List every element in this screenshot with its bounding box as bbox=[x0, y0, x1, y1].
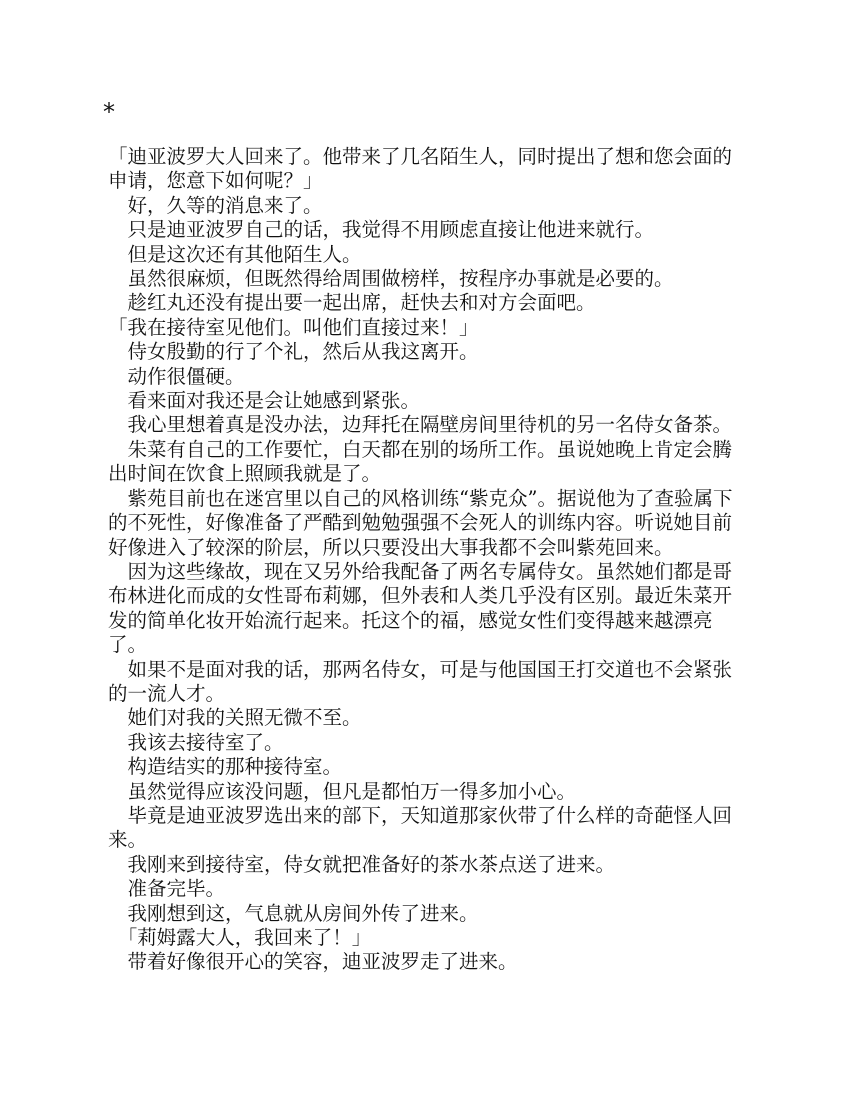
paragraph: 虽然觉得应该没问题，但凡是都怕万一得多加小心。 bbox=[108, 780, 748, 804]
document-body: 「迪亚波罗大人回来了。他带来了几名陌生人，同时提出了想和您会面的申请，您意下如何… bbox=[108, 145, 748, 975]
paragraph: 侍女殷勤的行了个礼，然后从我这离开。 bbox=[108, 340, 748, 364]
paragraph: 毕竟是迪亚波罗选出来的部下，天知道那家伙带了什么样的奇葩怪人回来。 bbox=[108, 804, 748, 853]
paragraph: 我心里想着真是没办法，边拜托在隔壁房间里待机的另一名侍女备茶。 bbox=[108, 413, 748, 437]
paragraph: 她们对我的关照无微不至。 bbox=[108, 706, 748, 730]
paragraph: 好，久等的消息来了。 bbox=[108, 194, 748, 218]
paragraph: 看来面对我还是会让她感到紧张。 bbox=[108, 389, 748, 413]
paragraph: 只是迪亚波罗自己的话，我觉得不用顾虑直接让他进来就行。 bbox=[108, 218, 748, 242]
paragraph: 准备完毕。 bbox=[108, 877, 748, 901]
section-separator: * bbox=[103, 98, 115, 126]
paragraph: 我该去接待室了。 bbox=[108, 731, 748, 755]
paragraph: 但是这次还有其他陌生人。 bbox=[108, 243, 748, 267]
paragraph: 如果不是面对我的话，那两名侍女，可是与他国国王打交道也不会紧张的一流人才。 bbox=[108, 658, 748, 707]
paragraph: 虽然很麻烦，但既然得给周围做榜样，按程序办事就是必要的。 bbox=[108, 267, 748, 291]
paragraph: 动作很僵硬。 bbox=[108, 365, 748, 389]
paragraph: 紫苑目前也在迷宫里以自己的风格训练“紫克众”。据说他为了查验属下的不死性，好像准… bbox=[108, 487, 748, 560]
paragraph: 「莉姆露大人，我回来了！」 bbox=[108, 926, 748, 950]
paragraph: 构造结实的那种接待室。 bbox=[108, 755, 748, 779]
paragraph: 我刚想到这，气息就从房间外传了进来。 bbox=[108, 902, 748, 926]
paragraph: 趁红丸还没有提出要一起出席，赶快去和对方会面吧。 bbox=[108, 291, 748, 315]
paragraph: 我刚来到接待室，侍女就把准备好的茶水茶点送了进来。 bbox=[108, 853, 748, 877]
paragraph: 带着好像很开心的笑容，迪亚波罗走了进来。 bbox=[108, 950, 748, 974]
paragraph: 因为这些缘故，现在又另外给我配备了两名专属侍女。虽然她们都是哥布林进化而成的女性… bbox=[108, 560, 748, 658]
paragraph: 「迪亚波罗大人回来了。他带来了几名陌生人，同时提出了想和您会面的申请，您意下如何… bbox=[108, 145, 748, 194]
paragraph: 朱菜有自己的工作要忙，白天都在别的场所工作。虽说她晚上肯定会腾出时间在饮食上照顾… bbox=[108, 438, 748, 487]
paragraph: 「我在接待室见他们。叫他们直接过来！」 bbox=[108, 316, 748, 340]
